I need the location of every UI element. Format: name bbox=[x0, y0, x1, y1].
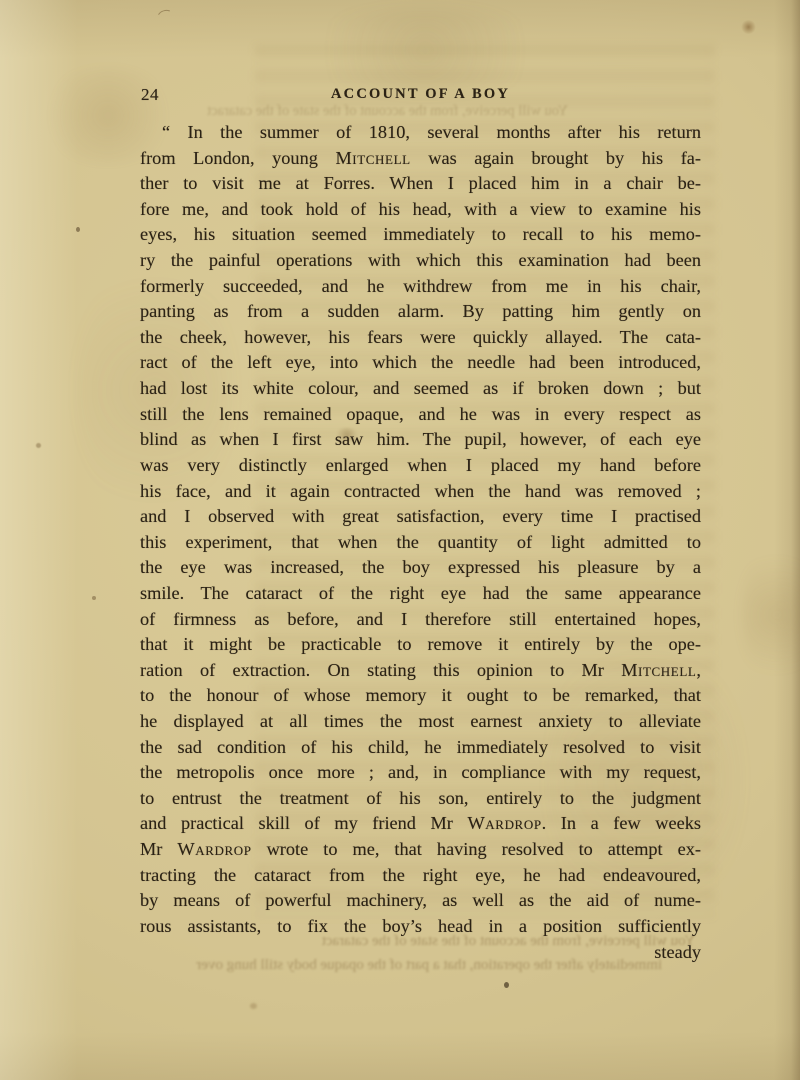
text-line: eyes, his situation seemed immediately t… bbox=[140, 222, 701, 248]
text-line: ration of extraction. On stating this op… bbox=[140, 658, 701, 684]
ink-stain bbox=[741, 20, 756, 34]
person-name-smallcaps: Wardrop bbox=[467, 813, 541, 833]
text-line: blind as when I first saw him. The pupil… bbox=[140, 427, 701, 453]
paper-speck bbox=[250, 1003, 257, 1009]
text-line: Mr Wardrop wrote to me, that having reso… bbox=[140, 837, 701, 863]
text-line: smile. The cataract of the right eye had… bbox=[140, 581, 701, 607]
text-line: and practical skill of my friend Mr Ward… bbox=[140, 811, 701, 837]
text-line: to the honour of whose memory it ought t… bbox=[140, 683, 701, 709]
text-line: ther to visit me at Forres. When I place… bbox=[140, 171, 701, 197]
paper-speck bbox=[36, 443, 41, 448]
text-line: to entrust the treatment of his son, ent… bbox=[140, 786, 701, 812]
text-line: this experiment, that when the quantity … bbox=[140, 530, 701, 556]
text-line: that it might be practicable to remove i… bbox=[140, 632, 701, 658]
text-line: rous assistants, to fix the boy’s head i… bbox=[140, 914, 701, 940]
person-name-smallcaps: Wardrop bbox=[177, 839, 251, 859]
text-line: he displayed at all times the most earne… bbox=[140, 709, 701, 735]
page-header: 24 ACCOUNT OF A BOY bbox=[140, 84, 701, 106]
text-line: formerly succeeded, and he withdrew from… bbox=[140, 274, 701, 300]
text-line: of firmness as before, and I therefore s… bbox=[140, 607, 701, 633]
text-line: ry the painful operations with which thi… bbox=[140, 248, 701, 274]
paper-speck bbox=[76, 227, 80, 232]
text-line: ract of the left eye, into which the nee… bbox=[140, 350, 701, 376]
text-line: tracting the cataract from the right eye… bbox=[140, 863, 701, 889]
text-line: was very distinctly enlarged when I plac… bbox=[140, 453, 701, 479]
text-line: from London, young Mitchell was again br… bbox=[140, 146, 701, 172]
text-line: still the lens remained opaque, and he w… bbox=[140, 402, 701, 428]
page-body: “ In the summer of 1810, several months … bbox=[140, 120, 701, 965]
text-line: the sad condition of his child, he immed… bbox=[140, 735, 701, 761]
text-line: the cheek, however, his fears were quick… bbox=[140, 325, 701, 351]
text-line: fore me, and took hold of his head, with… bbox=[140, 197, 701, 223]
person-name-smallcaps: Mitchell bbox=[335, 148, 410, 168]
running-title: ACCOUNT OF A BOY bbox=[140, 86, 701, 103]
text-line: the metropolis once more ; and, in compl… bbox=[140, 760, 701, 786]
paper-stain bbox=[742, 540, 800, 690]
text-line: by means of powerful machinery, as well … bbox=[140, 888, 701, 914]
catchword: steady bbox=[140, 940, 701, 966]
text-line: panting as from a sudden alarm. By patti… bbox=[140, 299, 701, 325]
text-line: had lost its white colour, and seemed as… bbox=[140, 376, 701, 402]
pen-mark bbox=[155, 8, 175, 27]
text-line: and I observed with great satisfaction, … bbox=[140, 504, 701, 530]
text-line: the eye was increased, the boy expressed… bbox=[140, 555, 701, 581]
text-line: “ In the summer of 1810, several months … bbox=[140, 120, 701, 146]
book-page-scan: You will perceive, from the account of t… bbox=[0, 0, 800, 1080]
person-name-smallcaps: Mitchell bbox=[621, 660, 696, 680]
text-line: his face, and it again contracted when t… bbox=[140, 479, 701, 505]
paper-speck bbox=[92, 596, 96, 600]
paper-speck bbox=[504, 982, 509, 988]
